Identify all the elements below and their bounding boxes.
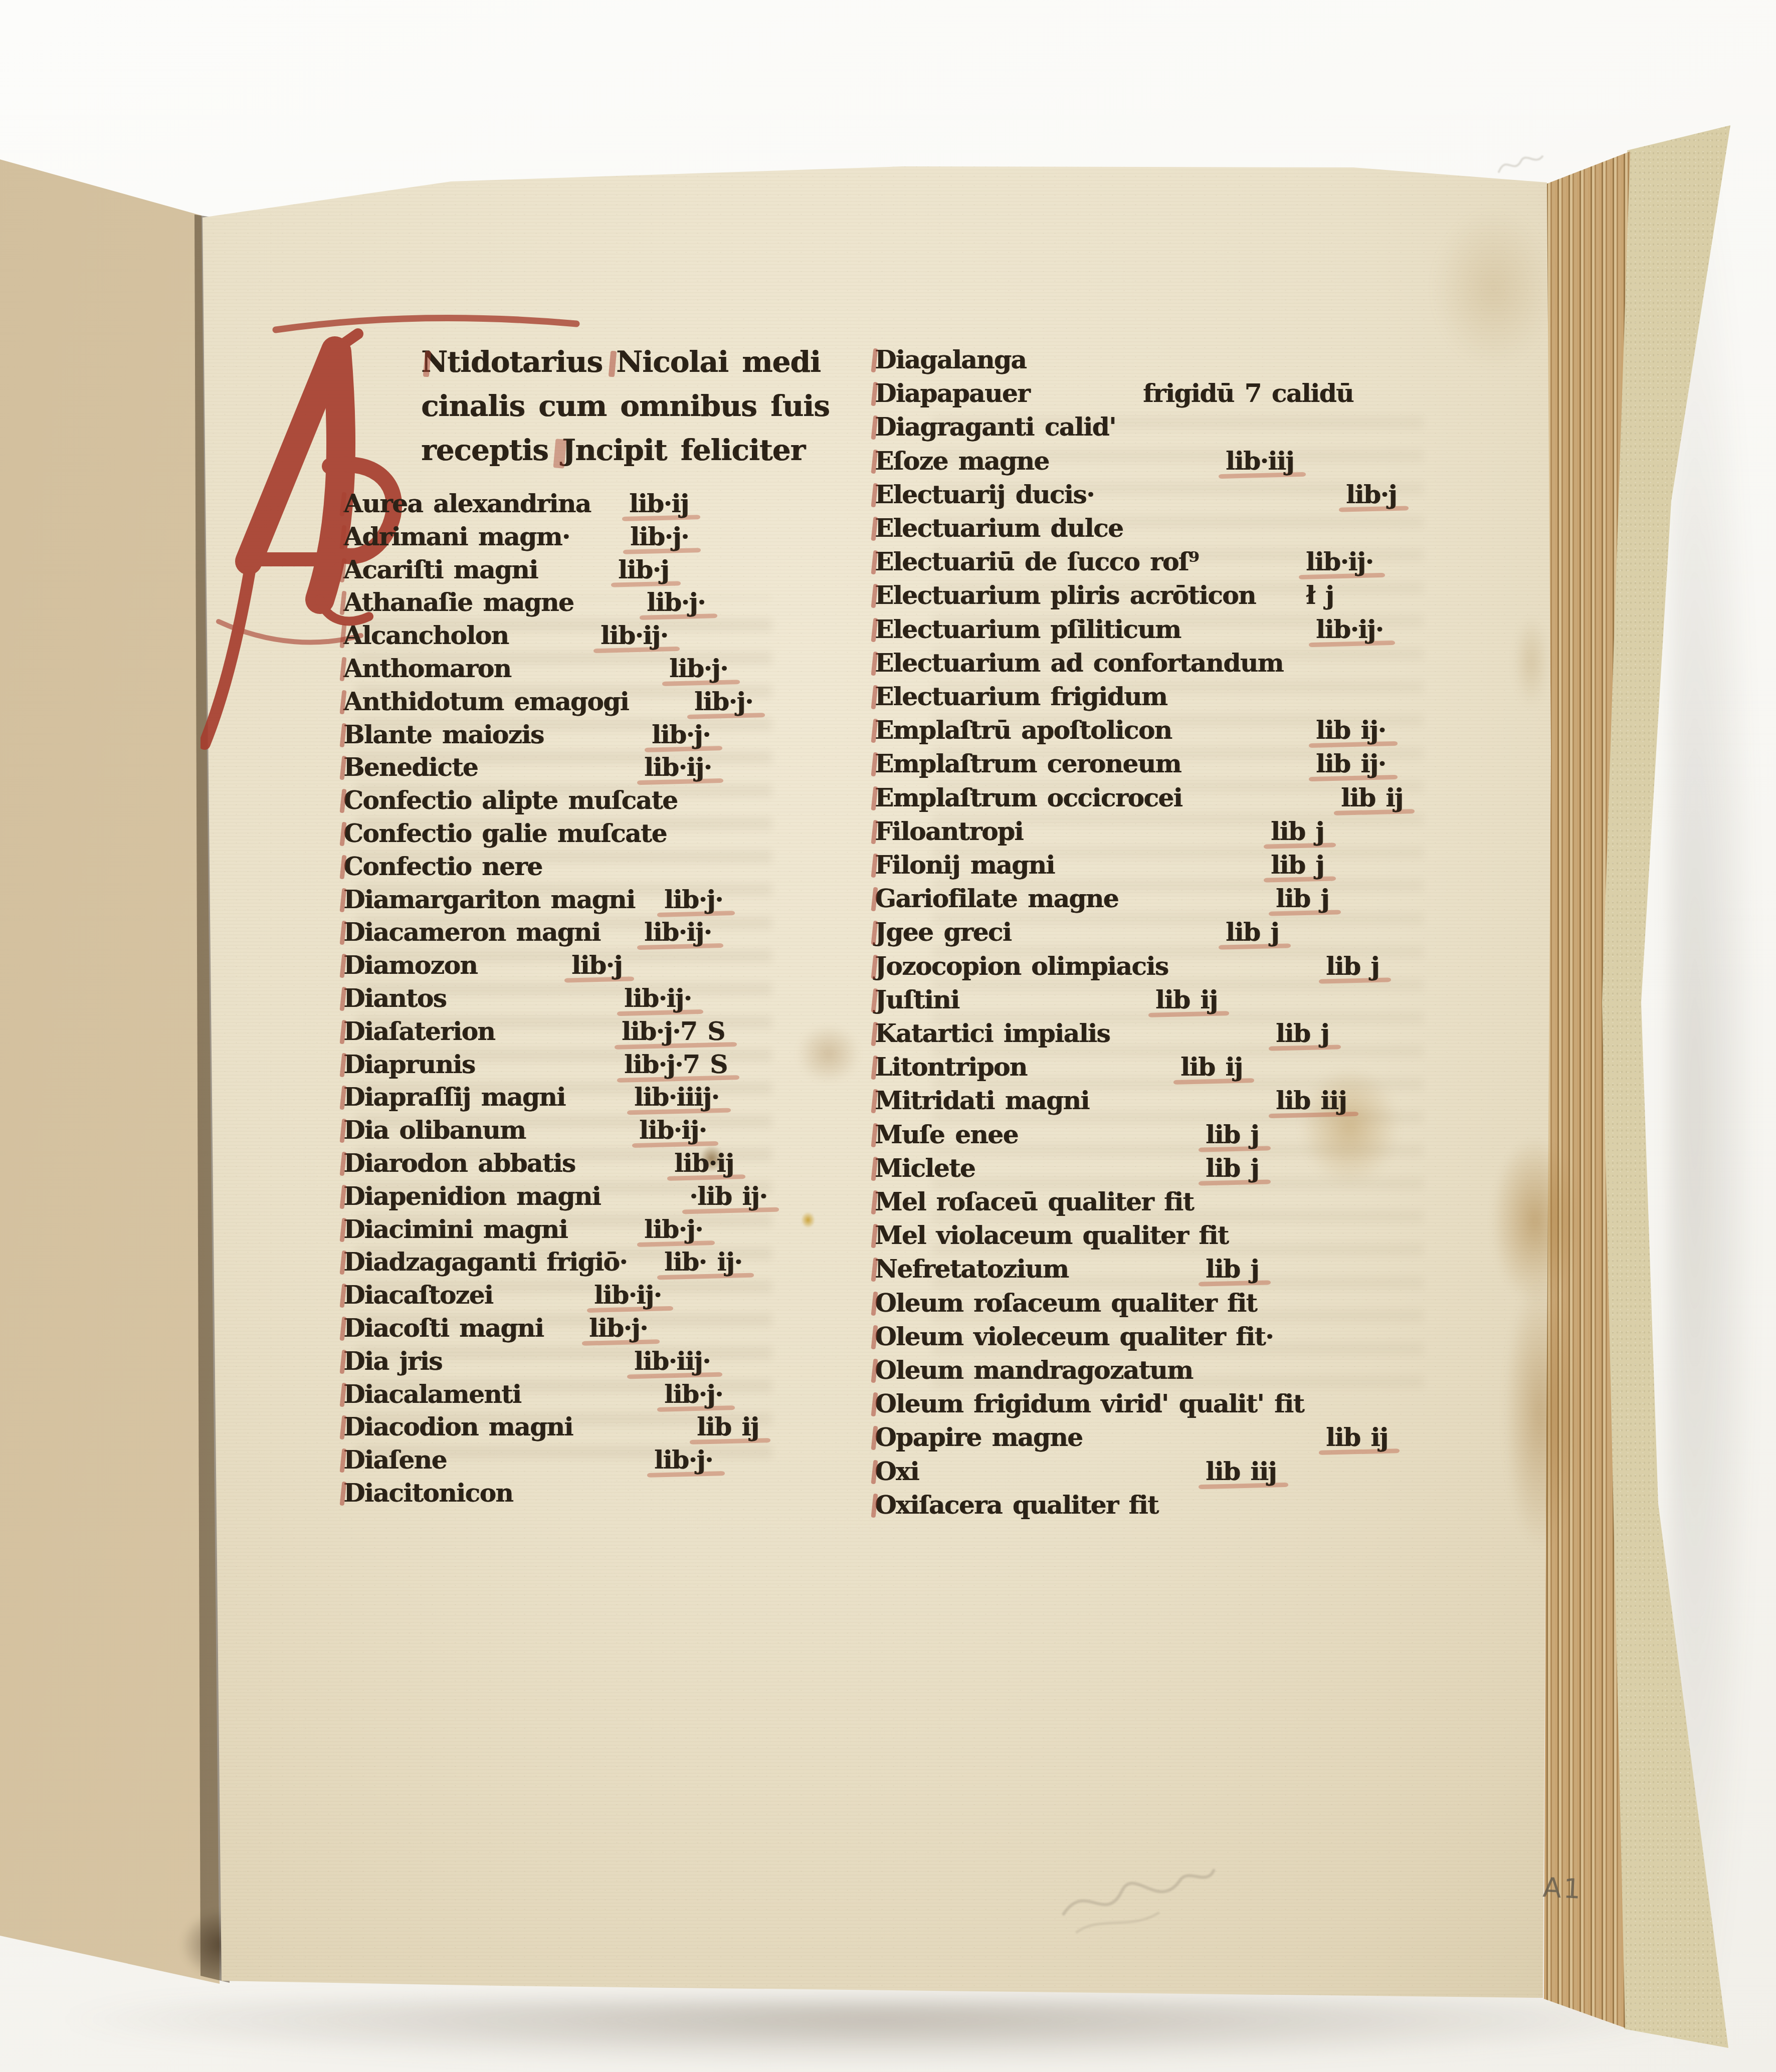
list-entry: Mel violaceum qualiter fit xyxy=(875,1220,1576,1254)
entry-quantity: lib·j·7 S xyxy=(622,1016,725,1046)
quantity-text: lib j xyxy=(1326,951,1379,981)
quantity-text: lib·ij· xyxy=(624,983,691,1013)
quantity-text: lib j xyxy=(1276,884,1329,913)
entry-name: Muſe enee xyxy=(875,1120,1018,1149)
entry-quantity: lib j xyxy=(1276,884,1329,913)
entry-quantity: lib·j· xyxy=(589,1313,648,1343)
entry-quantity: lib·j· xyxy=(664,1379,723,1409)
entry-quantity: lib·j· xyxy=(630,522,689,551)
entry-name: Diagraganti calid' xyxy=(875,412,1116,442)
quantity-text: lib·j· xyxy=(664,1379,723,1409)
entry-name: Benedicte xyxy=(343,752,478,782)
entry-name: Athanaſie magne xyxy=(343,587,573,617)
entry-name: Diadzagaganti frigiō· xyxy=(343,1247,627,1277)
quantity-text: lib·ij· xyxy=(1316,614,1383,644)
entry-quantity: lib·j· xyxy=(644,1214,703,1244)
entry-name: Electuarium ad confortandum xyxy=(875,648,1283,678)
entry-name: Alcancholon xyxy=(343,620,508,650)
entry-name: Confectio nere xyxy=(343,852,542,881)
quantity-text: lib·j· xyxy=(669,654,728,683)
entry-name: Electuarium dulce xyxy=(875,513,1123,543)
entry-name: Diacoſti magni xyxy=(343,1313,543,1343)
quantity-text: frigidū 7 calidū xyxy=(1143,378,1353,408)
entry-quantity: lib·j·7 S xyxy=(624,1050,727,1079)
quantity-text: lib·ij· xyxy=(644,917,711,947)
entry-name: Miclete xyxy=(875,1153,975,1183)
quantity-text: lib·j· xyxy=(664,885,723,914)
entry-name: Diaſaterion xyxy=(343,1016,495,1046)
entry-name: Diagalanga xyxy=(875,345,1026,374)
list-entry: Diagalanga xyxy=(875,345,1576,378)
entry-quantity: lib j xyxy=(1271,850,1324,880)
entry-name: Diarodon abbatis xyxy=(343,1148,575,1178)
list-entry: Nefretatozium lib j xyxy=(875,1254,1576,1287)
list-entry: Oleum mandragozatum xyxy=(875,1355,1576,1388)
quantity-text: lib·ij xyxy=(674,1148,733,1178)
entry-name: Adrimani magm· xyxy=(343,522,570,551)
list-entry: Oxiſacera qualiter fit xyxy=(875,1490,1576,1523)
quantity-text: lib ij xyxy=(1155,985,1217,1014)
quantity-text: lib·j· xyxy=(630,522,689,551)
entry-quantity: ł j xyxy=(1306,580,1333,610)
quantity-text: lib ij· xyxy=(1316,749,1386,778)
entry-name: Oleum frigidum virid' qualit' fit xyxy=(875,1389,1304,1418)
quantity-text: lib iij xyxy=(1276,1086,1346,1115)
quantity-text: lib·j·7 S xyxy=(622,1016,725,1046)
entry-quantity: lib·j· xyxy=(652,720,710,749)
entry-name: Electuarium pliris acrōticon xyxy=(875,580,1256,610)
list-entry: Opapire magne lib ij xyxy=(875,1422,1576,1456)
entry-quantity: lib·ij· xyxy=(624,983,691,1013)
entry-quantity: lib·j· xyxy=(694,687,753,716)
entry-name: Gariofilate magne xyxy=(875,884,1118,913)
entry-quantity: lib ij xyxy=(1180,1052,1242,1082)
list-entry: Mel roſaceū qualiter fit xyxy=(875,1187,1576,1220)
entry-name: Oleum mandragozatum xyxy=(875,1355,1193,1385)
quantity-text: lib·j· xyxy=(694,687,753,716)
faint-pencil-mark xyxy=(1496,149,1546,184)
entry-name: Anthomaron xyxy=(343,654,511,683)
entry-quantity: lib·iiij· xyxy=(634,1082,719,1112)
entry-name: Eſoze magne xyxy=(875,446,1049,476)
entry-name: Oleum violeceum qualiter fit· xyxy=(875,1322,1273,1351)
book-drop-shadow xyxy=(45,2000,1709,2065)
quantity-text: lib·j· xyxy=(589,1313,648,1343)
faint-pencil-inscription xyxy=(1051,1835,1230,1970)
quantity-text: lib·iiij· xyxy=(634,1082,719,1112)
entry-quantity: lib j xyxy=(1206,1153,1259,1183)
quantity-text: lib·j xyxy=(1346,480,1397,509)
list-entry: Emplaſtrum occicrocei lib ij xyxy=(875,783,1576,816)
entry-quantity: lib j xyxy=(1271,816,1324,846)
entry-name: Electuarij ducis· xyxy=(875,480,1094,509)
entry-quantity: lib j xyxy=(1326,951,1379,981)
list-entry: Oxi lib iij xyxy=(875,1457,1576,1490)
list-entry: Jgee greci lib j xyxy=(875,917,1576,950)
entry-quantity: lib ij xyxy=(1326,1422,1388,1452)
list-entry: Oleum violeceum qualiter fit· xyxy=(875,1322,1576,1355)
entry-quantity: lib j xyxy=(1206,1254,1259,1284)
entry-quantity: ·lib ij· xyxy=(689,1181,767,1211)
entry-quantity: lib iij xyxy=(1206,1457,1276,1486)
entry-name: Electuarium pſiliticum xyxy=(875,614,1180,644)
list-entry: Oleum roſaceum qualiter fit xyxy=(875,1288,1576,1321)
entry-quantity: lib·ij xyxy=(629,489,688,518)
quantity-text: ł j xyxy=(1306,580,1333,610)
quantity-text: lib j xyxy=(1276,1018,1329,1048)
entry-quantity: lib ij· xyxy=(1316,715,1386,745)
incipit-line: receptis Jncipit feliciter xyxy=(421,433,872,477)
list-entry: Jozocopion olimpiacis lib j xyxy=(875,951,1576,984)
entry-name: Filoantropi xyxy=(875,816,1023,846)
quantity-text: lib·ij· xyxy=(639,1115,706,1145)
entry-quantity: frigidū 7 calidū xyxy=(1143,378,1353,408)
entry-name: Electuarium frigidum xyxy=(875,682,1167,711)
entry-name: Diaprunis xyxy=(343,1050,475,1079)
entry-name: Blante maiozis xyxy=(343,720,544,749)
quantity-text: lib·j xyxy=(571,950,622,980)
entry-quantity: lib·j· xyxy=(654,1445,713,1475)
entry-quantity: lib·ij· xyxy=(639,1115,706,1145)
entry-quantity: lib·ij· xyxy=(594,1280,661,1310)
entry-name: Dia olibanum xyxy=(343,1115,525,1145)
list-entry: Electuarium dulce xyxy=(875,513,1576,546)
list-entry: Electuarium pliris acrōticon ł j xyxy=(875,580,1576,613)
entry-name: Aurea alexandrina xyxy=(343,489,590,518)
entry-name: Oleum roſaceum qualiter fit xyxy=(875,1288,1257,1318)
quantity-text: lib·j xyxy=(618,555,669,584)
quantity-text: lib j xyxy=(1271,816,1324,846)
entry-name: Diantos xyxy=(343,983,446,1013)
entry-quantity: lib j xyxy=(1206,1120,1259,1149)
list-entry: Miclete lib j xyxy=(875,1153,1576,1186)
quantity-text: lib j xyxy=(1271,850,1324,880)
entry-quantity: lib·iij· xyxy=(634,1346,710,1376)
quantity-text: lib ij xyxy=(1180,1052,1242,1082)
pencil-signature-mark: A1 xyxy=(1542,1872,1583,1905)
entry-quantity: lib·j xyxy=(618,555,669,584)
incipit-line: cinalis cum omnibus ſuis xyxy=(421,389,872,433)
list-entry: Eſoze magne lib·iij xyxy=(875,446,1576,479)
entry-name: Diapenidion magni xyxy=(343,1181,601,1211)
entry-quantity: lib·ij· xyxy=(1316,614,1383,644)
quantity-text: lib·j· xyxy=(644,1214,703,1244)
entry-quantity: lib ij· xyxy=(1316,749,1386,778)
list-entry: Diapapauer frigidū 7 calidū xyxy=(875,378,1576,411)
entry-name: Diapraſſij magni xyxy=(343,1082,565,1112)
quantity-text: lib·j·7 S xyxy=(624,1050,727,1079)
entry-name: Jozocopion olimpiacis xyxy=(875,951,1168,981)
quantity-text: lib ij· xyxy=(1316,715,1386,745)
entry-name: Confectio alipte muſcate xyxy=(343,785,677,815)
quantity-text: lib j xyxy=(1206,1254,1259,1284)
entry-quantity: lib· ij· xyxy=(664,1247,742,1277)
entry-quantity: lib·iij xyxy=(1226,446,1294,476)
quantity-text: lib j xyxy=(1206,1120,1259,1149)
entry-quantity: lib·j xyxy=(571,950,622,980)
list-entry: Electuarium ad confortandum xyxy=(875,648,1576,681)
quantity-text: lib·ij· xyxy=(1306,547,1373,576)
entry-name: Emplaſtrum occicrocei xyxy=(875,783,1182,812)
entry-name: Electuariū de ſucco roſ⁹ xyxy=(875,547,1199,576)
entry-quantity: lib j xyxy=(1276,1018,1329,1048)
entry-name: Emplaſtrū apoſtolicon xyxy=(875,715,1171,745)
entry-name: Diacalamenti xyxy=(343,1379,521,1409)
entry-name: Filonij magni xyxy=(875,850,1055,880)
quantity-text: lib·ij· xyxy=(644,752,711,782)
entry-name: Jgee greci xyxy=(875,917,1011,947)
quantity-text: lib·j· xyxy=(652,720,710,749)
stain xyxy=(1434,211,1554,366)
quantity-text: lib·ij· xyxy=(594,1280,661,1310)
list-entry: Litontripon lib ij xyxy=(875,1052,1576,1085)
entry-name: Nefretatozium xyxy=(875,1254,1068,1284)
entry-quantity: lib j xyxy=(1226,917,1279,947)
entry-name: Mitridati magni xyxy=(875,1086,1089,1115)
quantity-text: lib iij xyxy=(1206,1457,1276,1486)
entry-name: Anthidotum emagogi xyxy=(343,687,629,716)
entry-quantity: lib·j xyxy=(1346,480,1397,509)
entry-quantity: lib·ij· xyxy=(601,620,668,650)
list-entry: Electuarium frigidum xyxy=(875,682,1576,715)
entry-quantity: lib iij xyxy=(1276,1086,1346,1115)
entry-name: Diaſene xyxy=(343,1445,447,1475)
entry-name: Diacodion magni xyxy=(343,1412,573,1441)
list-entry: Electuarij ducis· lib·j xyxy=(875,480,1576,513)
list-entry: Oleum frigidum virid' qualit' fit xyxy=(875,1389,1576,1422)
entry-quantity: lib·ij· xyxy=(644,917,711,947)
quantity-text: lib ij xyxy=(1326,1422,1388,1452)
list-entry: Muſe enee lib j xyxy=(875,1120,1576,1153)
list-entry: Filoantropi lib j xyxy=(875,816,1576,850)
quantity-text: lib·iij xyxy=(1226,446,1294,476)
quantity-text: ·lib ij· xyxy=(689,1181,767,1211)
quantity-text: lib·j· xyxy=(654,1445,713,1475)
entry-name: Mel violaceum qualiter fit xyxy=(875,1220,1228,1250)
entry-name: Diapapauer xyxy=(875,378,1030,408)
entry-quantity: lib·j· xyxy=(664,885,723,914)
quantity-text: lib·ij· xyxy=(601,620,668,650)
entry-name: Dia jris xyxy=(343,1346,442,1376)
entry-quantity: lib·ij· xyxy=(644,752,711,782)
entry-quantity: lib·ij· xyxy=(1306,547,1373,576)
entry-quantity: lib·j· xyxy=(647,587,705,617)
entry-name: Diacitonicon xyxy=(343,1478,513,1508)
incipit-line: Ntidotarius Nicolai medi xyxy=(421,345,872,389)
index-column-right: Diagalanga Diapapauer frigidū 7 calidū D… xyxy=(875,345,1576,1548)
entry-name: Emplaſtrum ceroneum xyxy=(875,749,1181,778)
entry-name: Confectio galie muſcate xyxy=(343,818,667,848)
entry-name: Opapire magne xyxy=(875,1422,1082,1452)
list-entry: Filonij magni lib j xyxy=(875,850,1576,883)
quantity-text: lib ij xyxy=(697,1412,758,1441)
entry-name: Juſtini xyxy=(875,985,959,1014)
list-entry: Emplaſtrum ceroneum lib ij· xyxy=(875,749,1576,782)
list-entry: Emplaſtrū apoſtolicon lib ij· xyxy=(875,715,1576,748)
entry-quantity: lib·ij xyxy=(674,1148,733,1178)
list-entry: Mitridati magni lib iij xyxy=(875,1086,1576,1119)
entry-quantity: lib ij xyxy=(1341,783,1403,812)
quantity-text: lib·ij xyxy=(629,489,688,518)
quantity-text: lib j xyxy=(1206,1153,1259,1183)
quantity-text: lib· ij· xyxy=(664,1247,742,1277)
quantity-text: lib·iij· xyxy=(634,1346,710,1376)
quantity-text: lib j xyxy=(1226,917,1279,947)
entry-name: Diacameron magni xyxy=(343,917,600,947)
entry-name: Litontripon xyxy=(875,1052,1027,1082)
incipit-heading: Ntidotarius Nicolai medi cinalis cum omn… xyxy=(421,345,872,477)
quantity-text: lib ij xyxy=(1341,783,1403,812)
quantity-text: lib·j· xyxy=(647,587,705,617)
entry-name: Mel roſaceū qualiter fit xyxy=(875,1187,1194,1216)
entry-name: Acariſti magni xyxy=(343,555,538,584)
entry-quantity: lib ij xyxy=(1155,985,1217,1014)
entry-quantity: lib·j· xyxy=(669,654,728,683)
entry-name: Diacaſtozei xyxy=(343,1280,493,1310)
list-entry: Diagraganti calid' xyxy=(875,412,1576,445)
list-entry: Electuariū de ſucco roſ⁹ lib·ij· xyxy=(875,547,1576,580)
list-entry: Katartici impialis lib j xyxy=(875,1018,1576,1052)
photo-of-incunabulum-page: Ntidotarius Nicolai medi cinalis cum omn… xyxy=(0,0,1776,2072)
list-entry: Electuarium pſiliticum lib·ij· xyxy=(875,614,1576,648)
entry-quantity: lib ij xyxy=(697,1412,758,1441)
list-entry: Gariofilate magne lib j xyxy=(875,884,1576,917)
entry-name: Diamozon xyxy=(343,950,477,980)
list-entry: Juſtini lib ij xyxy=(875,985,1576,1018)
entry-name: Oxiſacera qualiter fit xyxy=(875,1490,1158,1520)
entry-name: Diamargariton magni xyxy=(343,885,635,914)
entry-name: Oxi xyxy=(875,1457,919,1486)
entry-name: Katartici impialis xyxy=(875,1018,1110,1048)
entry-name: Diacimini magni xyxy=(343,1214,567,1244)
